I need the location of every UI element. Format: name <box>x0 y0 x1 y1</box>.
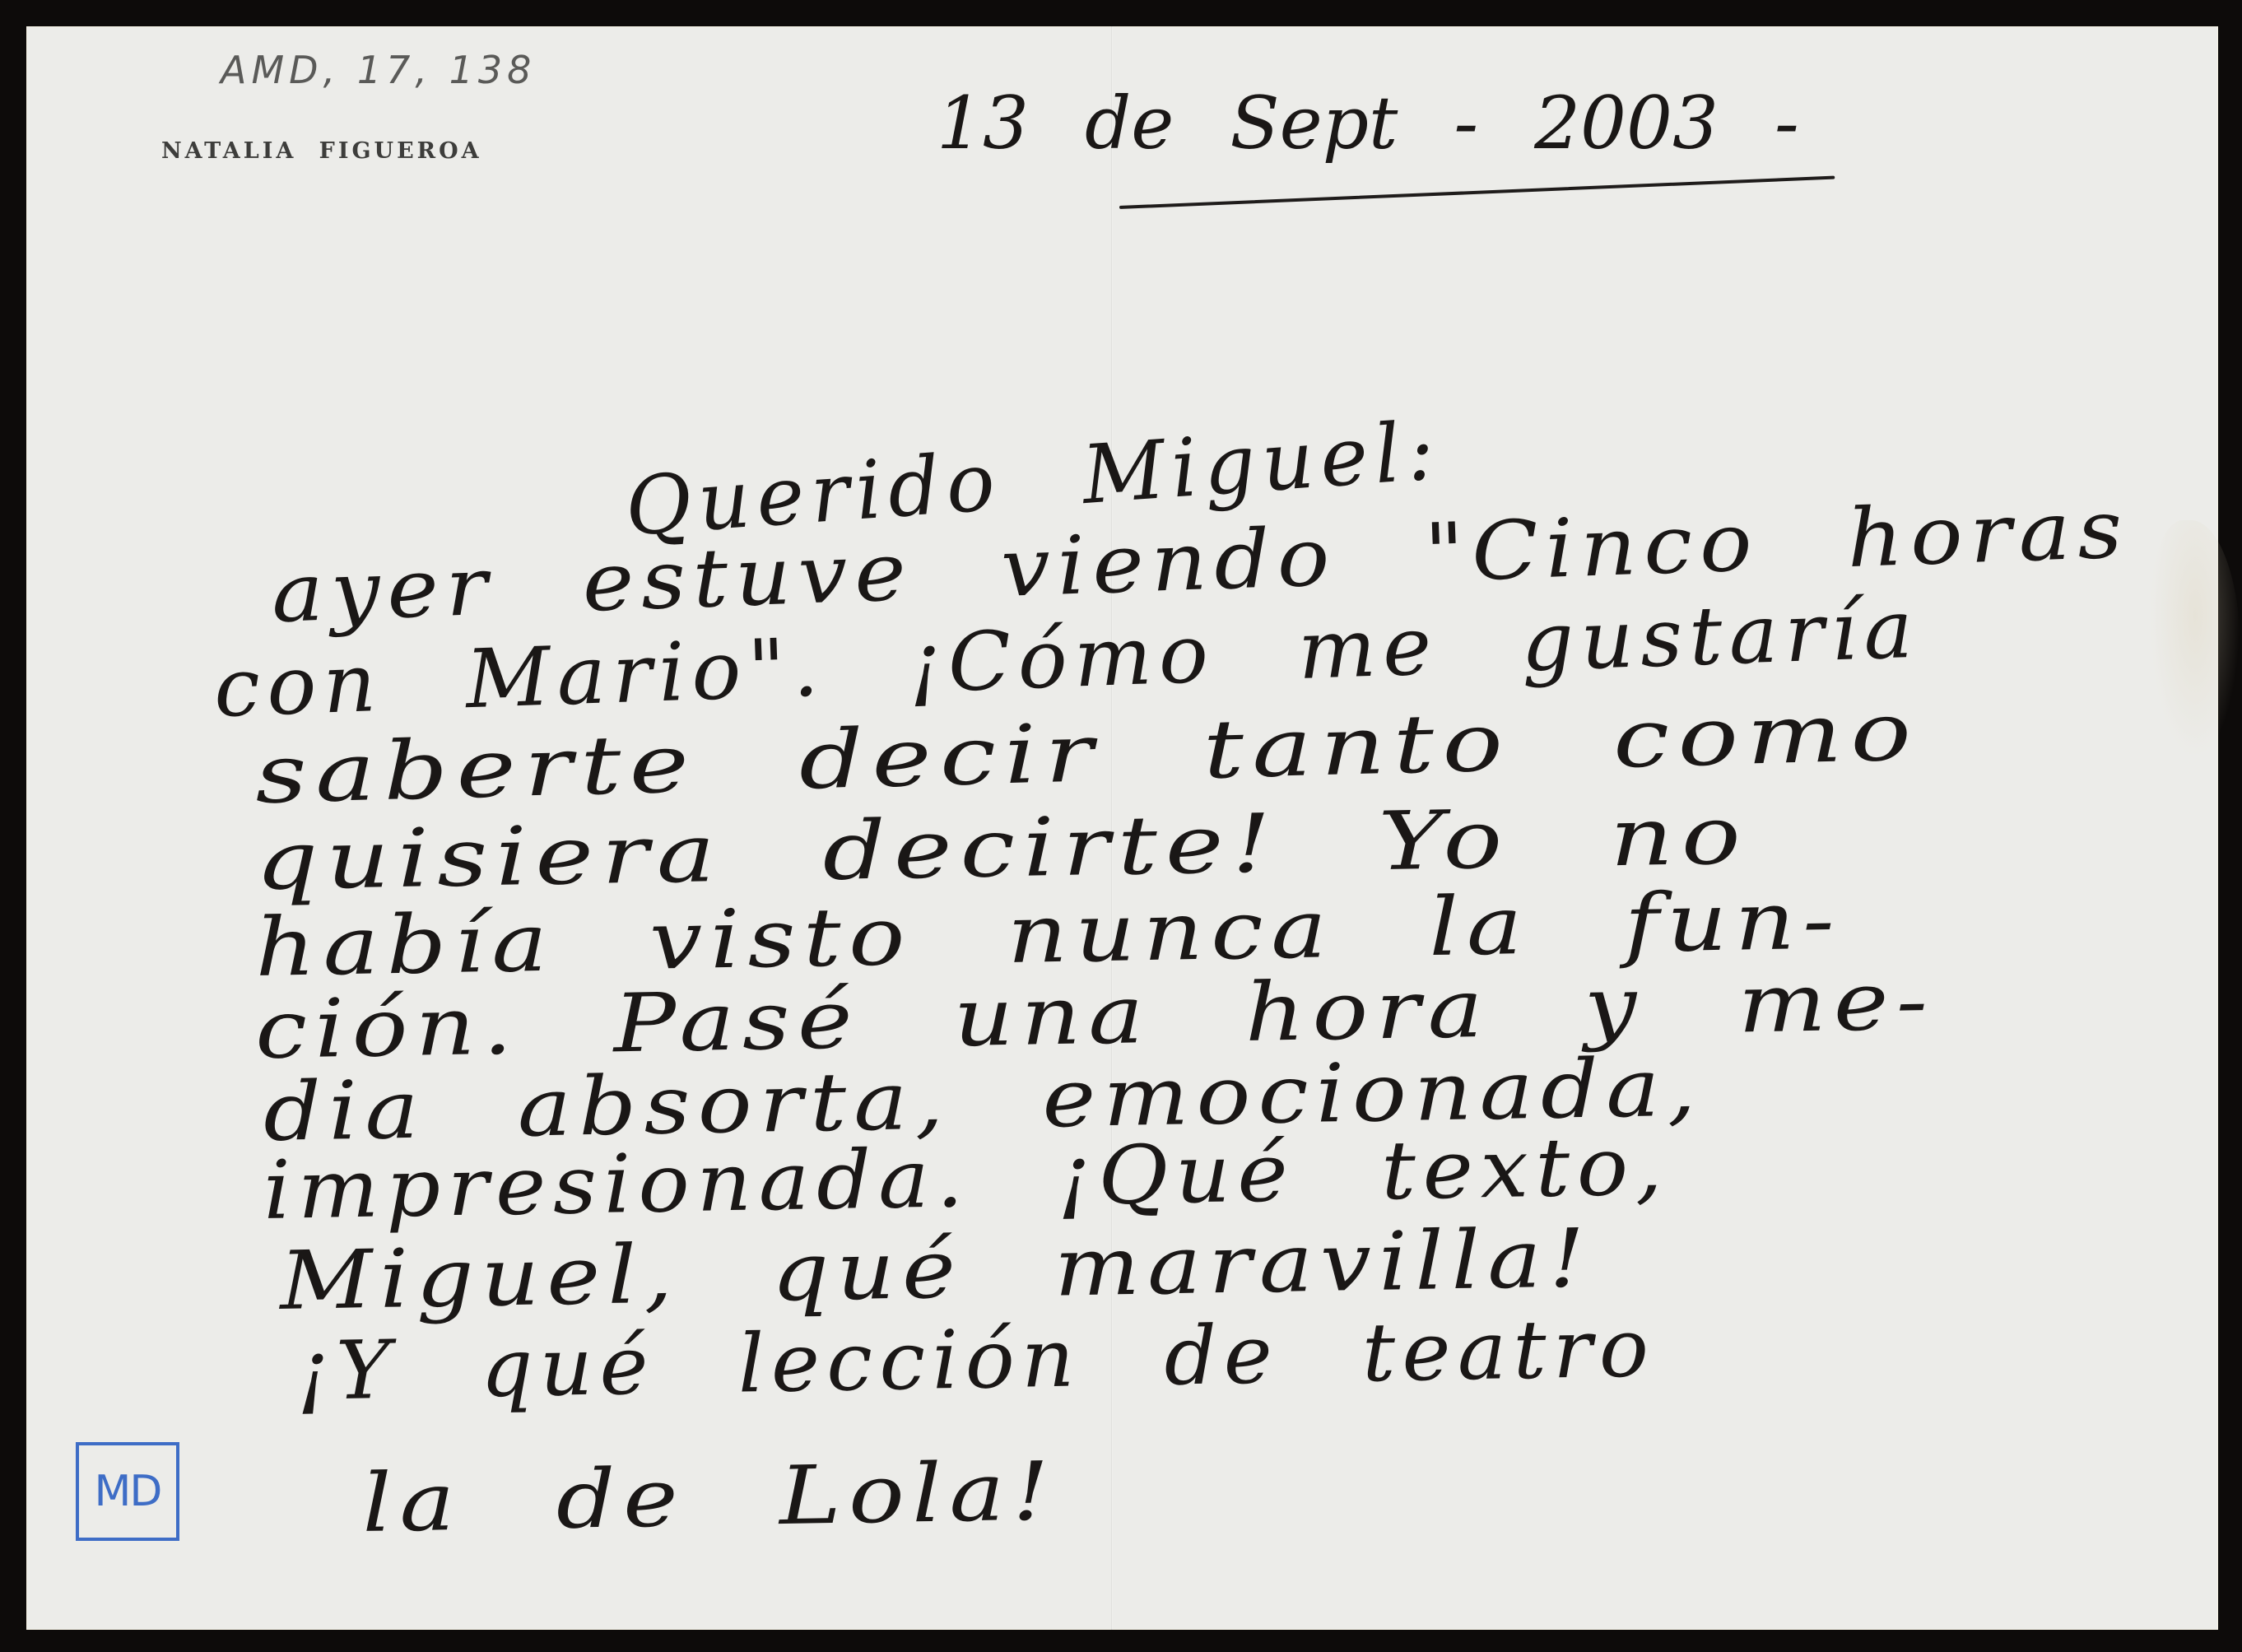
archive-reference: AMD, 17, 138 <box>221 48 536 92</box>
letterhead-name: NATALIA FIGUEROA <box>161 138 482 164</box>
closing-line: la de Lola! <box>361 1445 1058 1551</box>
paper-stain <box>2150 520 2240 759</box>
md-archive-stamp: MD <box>76 1442 179 1541</box>
letter-date: 13 de Sept - 2003 - <box>937 81 1799 165</box>
stamp-label: MD <box>95 1467 161 1516</box>
